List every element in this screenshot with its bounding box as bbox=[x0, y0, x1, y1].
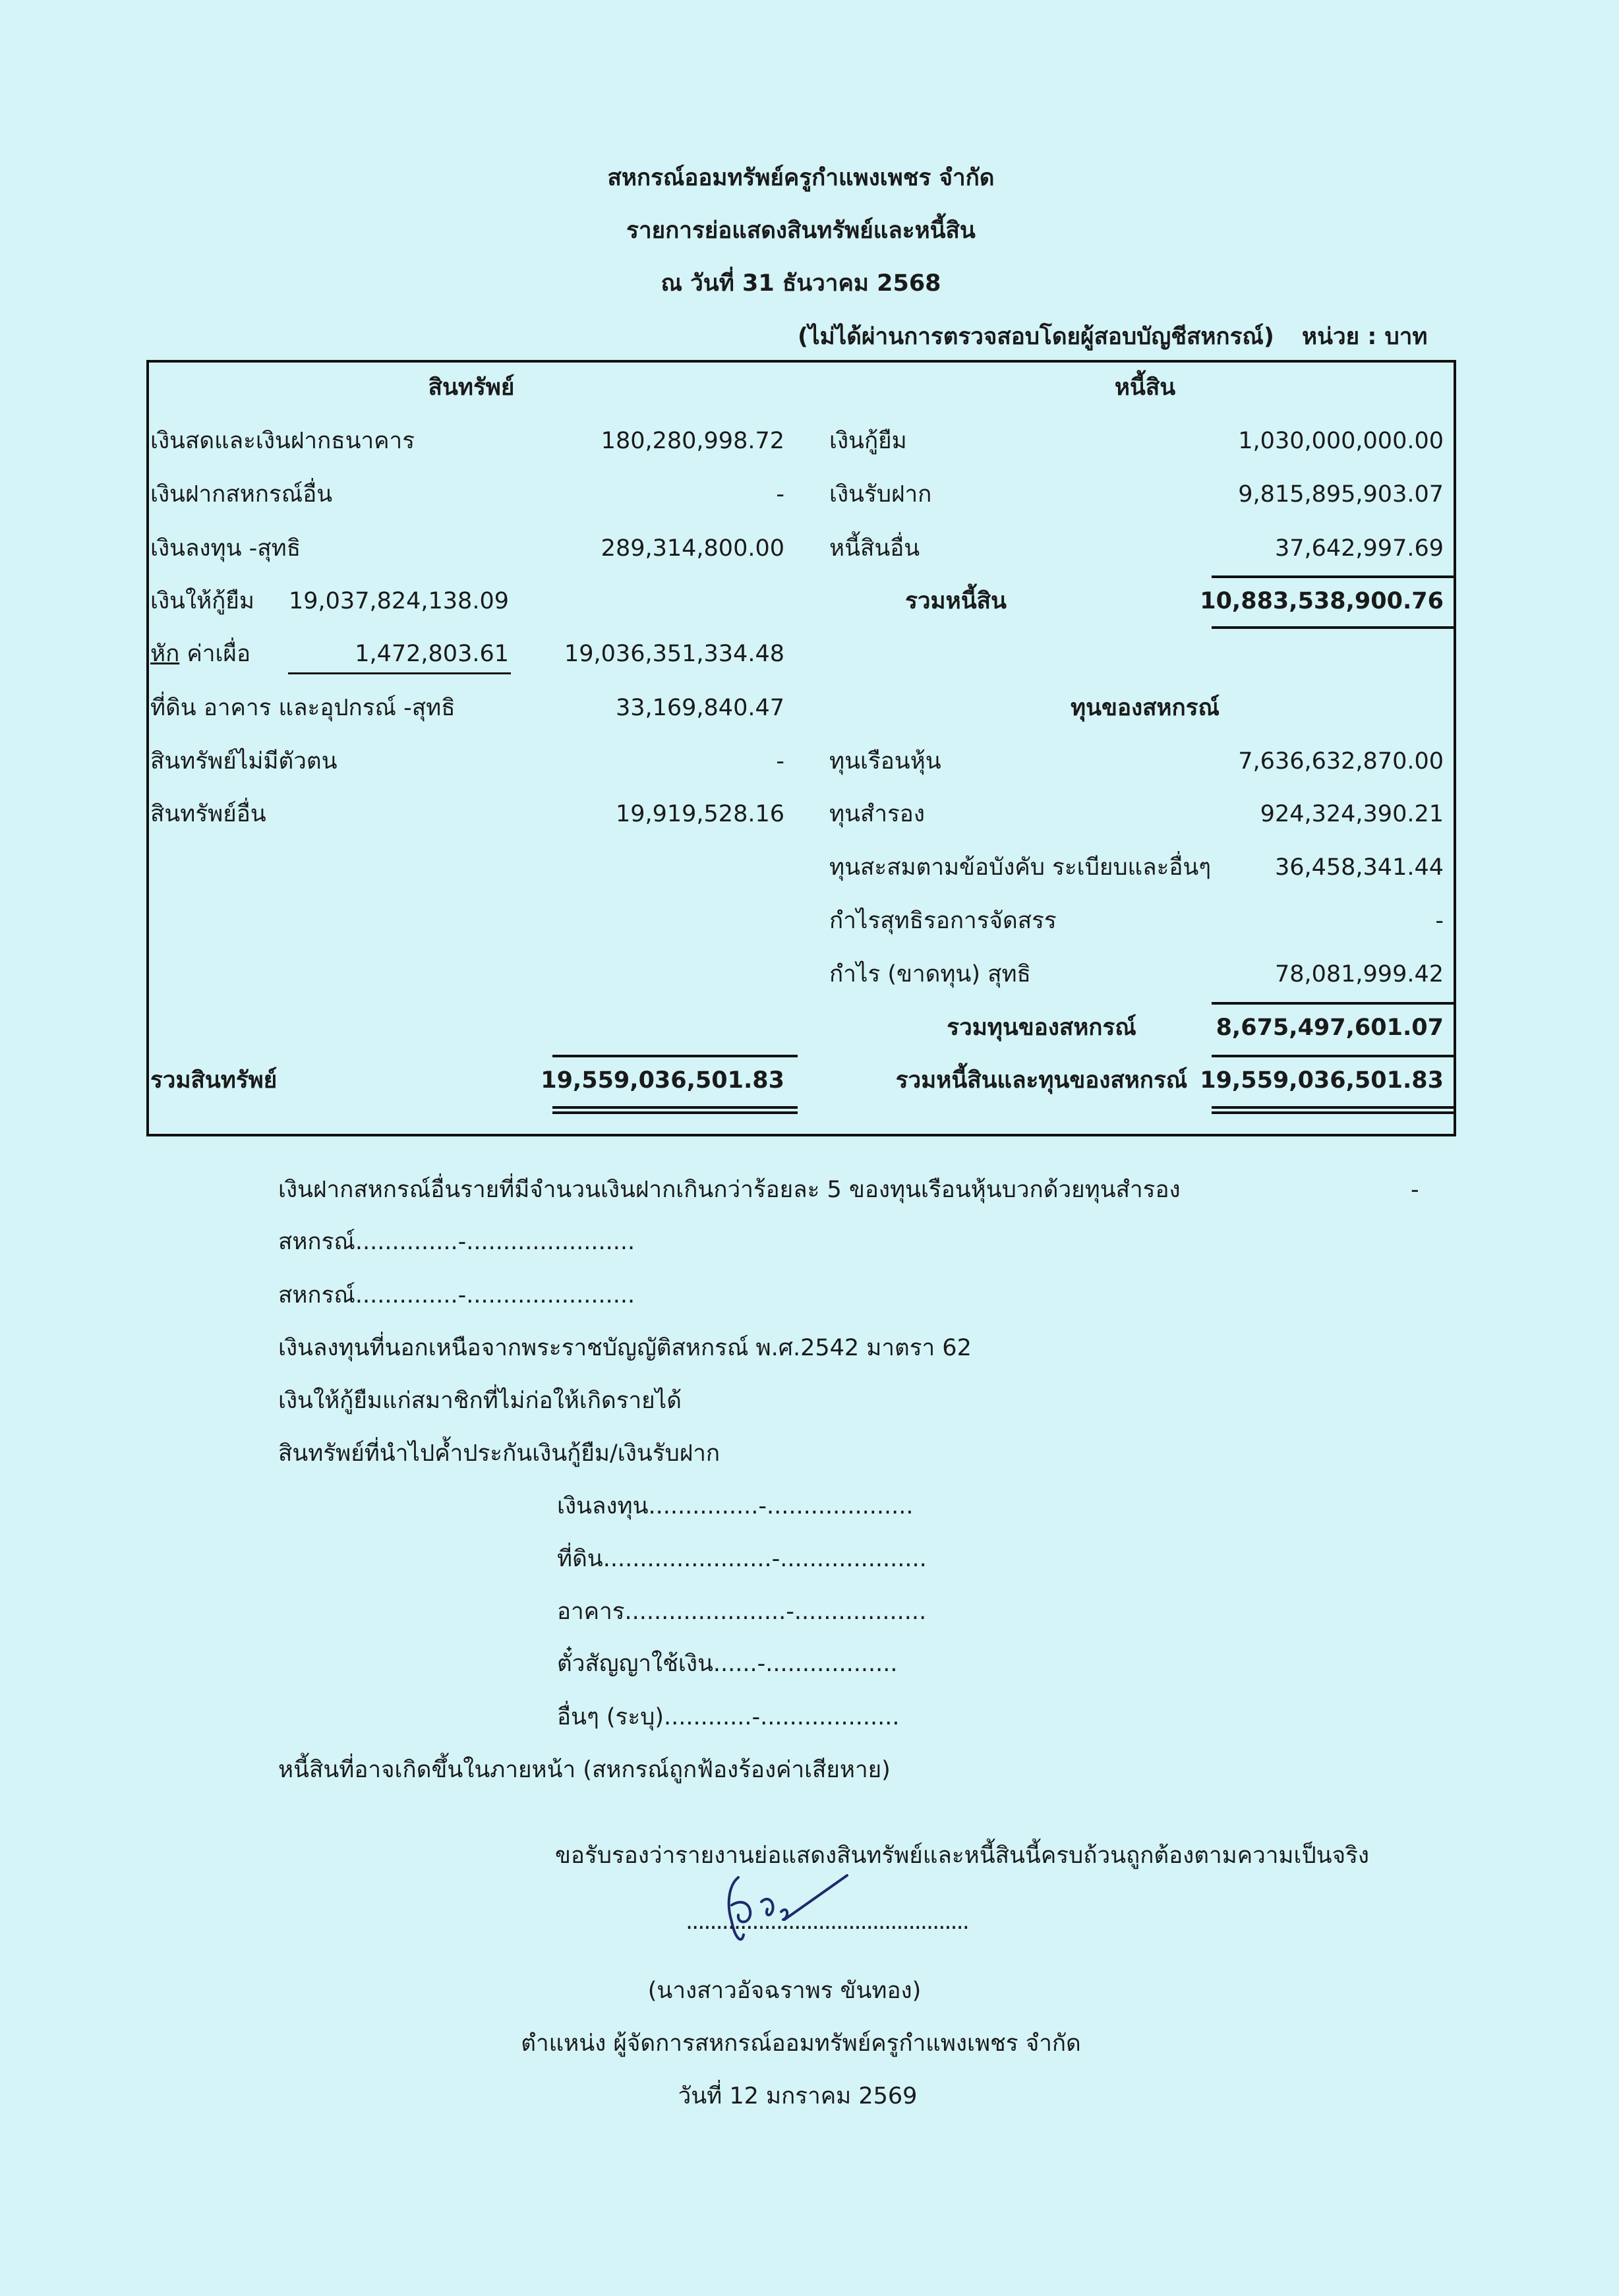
asset-label: เงินฝากสหกรณ์อื่น bbox=[150, 480, 332, 509]
asset-amount: - bbox=[521, 747, 784, 776]
liability-amount: 37,642,997.69 bbox=[1180, 534, 1444, 563]
note-non-income-loans: เงินให้กู้ยืมแก่สมาชิกที่ไม่ก่อให้เกิดรา… bbox=[278, 1386, 682, 1415]
equity-amount: - bbox=[1180, 906, 1444, 935]
total-liabilities-label: รวมหนี้สิน bbox=[905, 587, 1007, 616]
less-prefix: หัก bbox=[150, 641, 179, 667]
loans-gross-amount: 19,037,824,138.09 bbox=[264, 587, 509, 616]
equity-total-rule bbox=[1212, 1055, 1455, 1057]
equity-subtotal-rule bbox=[1212, 1002, 1455, 1005]
allowance-underline bbox=[288, 672, 511, 674]
liab-equity-double-rule-1 bbox=[1212, 1106, 1455, 1109]
equity-label: ทุนสำรอง bbox=[829, 800, 925, 829]
liability-label: หนี้สินอื่น bbox=[829, 534, 920, 563]
equity-amount: 36,458,341.44 bbox=[1180, 853, 1444, 882]
allowance-amount: 1,472,803.61 bbox=[264, 639, 509, 668]
total-assets-label: รวมสินทรัพย์ bbox=[150, 1066, 277, 1095]
total-liabilities-equity-label: รวมหนี้สินและทุนของสหกรณ์ bbox=[896, 1066, 1188, 1095]
pledged-item: เงินลงทุน...............-...............… bbox=[557, 1492, 914, 1521]
liab-equity-double-rule-2 bbox=[1212, 1111, 1455, 1114]
asset-amount: 289,314,800.00 bbox=[521, 534, 784, 563]
signer-position: ตำแหน่ง ผู้จัดการสหกรณ์ออมทรัพย์ครูกำแพง… bbox=[521, 2029, 1081, 2058]
equity-amount: 78,081,999.42 bbox=[1180, 960, 1444, 989]
asset-label-loans: เงินให้กู้ยืม bbox=[150, 587, 254, 616]
assets-double-rule-1 bbox=[552, 1106, 798, 1109]
liability-label: เงินรับฝาก bbox=[829, 480, 931, 509]
equity-amount: 924,324,390.21 bbox=[1180, 800, 1444, 829]
asset-label: สินทรัพย์อื่น bbox=[150, 800, 266, 829]
note-pledged-assets: สินทรัพย์ที่นำไปค้ำประกันเงินกู้ยืม/เงิน… bbox=[278, 1439, 720, 1468]
equity-label: ทุนเรือนหุ้น bbox=[829, 747, 941, 776]
equity-heading: ทุนของสหกรณ์ bbox=[1071, 693, 1220, 722]
total-liabilities-equity-amount: 19,559,036,501.83 bbox=[1180, 1066, 1444, 1095]
total-liabilities-amount: 10,883,538,900.76 bbox=[1180, 587, 1444, 616]
asset-amount: 19,919,528.16 bbox=[521, 800, 784, 829]
assets-heading: สินทรัพย์ bbox=[428, 373, 515, 402]
pledged-item: อื่นๆ (ระบุ)............-...............… bbox=[557, 1703, 900, 1732]
note-coop-line-2: สหกรณ์..............-...................… bbox=[278, 1281, 635, 1310]
asset-label: ที่ดิน อาคาร และอุปกรณ์ -สุทธิ bbox=[150, 693, 456, 722]
note-coop-line-1: สหกรณ์..............-...................… bbox=[278, 1227, 635, 1256]
report-title: รายการย่อแสดงสินทรัพย์และหนี้สิน bbox=[626, 212, 976, 249]
asset-label: สินทรัพย์ไม่มีตัวตน bbox=[150, 747, 338, 776]
liability-label: เงินกู้ยืม bbox=[829, 427, 907, 456]
total-equity-label: รวมทุนของสหกรณ์ bbox=[947, 1013, 1136, 1042]
pledged-item: อาคาร......................-............… bbox=[557, 1597, 926, 1626]
liability-amount: 1,030,000,000.00 bbox=[1180, 427, 1444, 456]
assets-double-rule-2 bbox=[552, 1111, 798, 1114]
report-date: ณ วันที่ 31 ธันวาคม 2568 bbox=[661, 265, 941, 301]
asset-label: เงินลงทุน -สุทธิ bbox=[150, 534, 301, 563]
pledged-item: ที่ดิน.......................-..........… bbox=[557, 1545, 927, 1574]
equity-label: กำไร (ขาดทุน) สุทธิ bbox=[829, 960, 1031, 989]
asset-label: เงินสดและเงินฝากธนาคาร bbox=[150, 427, 415, 456]
allowance-label: หัก ค่าเผื่อ bbox=[150, 639, 250, 668]
certification-statement: ขอรับรองว่ารายงานย่อแสดงสินทรัพย์และหนี้… bbox=[555, 1841, 1369, 1870]
liabilities-total-rule bbox=[1212, 626, 1455, 629]
asset-amount: 180,280,998.72 bbox=[521, 427, 784, 456]
note-investment-outside-act: เงินลงทุนที่นอกเหนือจากพระราชบัญญัติสหกร… bbox=[278, 1334, 972, 1363]
total-assets-amount: 19,559,036,501.83 bbox=[521, 1066, 784, 1095]
org-name: สหกรณ์ออมทรัพย์ครูกำแพงเพชร จำกัด bbox=[607, 160, 994, 196]
signed-date: วันที่ 12 มกราคม 2569 bbox=[678, 2082, 918, 2111]
liabilities-subtotal-rule bbox=[1212, 575, 1455, 578]
note-contingent-liabilities: หนี้สินที่อาจเกิดขึ้นในภายหน้า (สหกรณ์ถู… bbox=[278, 1755, 891, 1784]
unit-label: หน่วย : บาท bbox=[1302, 318, 1427, 355]
equity-label: ทุนสะสมตามข้อบังคับ ระเบียบและอื่นๆ bbox=[829, 853, 1211, 882]
allowance-text: ค่าเผื่อ bbox=[187, 641, 250, 667]
equity-amount: 7,636,632,870.00 bbox=[1180, 747, 1444, 776]
total-equity-amount: 8,675,497,601.07 bbox=[1180, 1013, 1444, 1042]
pledged-item: ตั๋วสัญญาใช้เงิน......-.................… bbox=[557, 1649, 898, 1678]
signer-name: (นางสาวอัจฉราพร ขันทอง) bbox=[648, 1976, 922, 2005]
liability-amount: 9,815,895,903.07 bbox=[1180, 480, 1444, 509]
loans-net-amount: 19,036,351,334.48 bbox=[521, 639, 784, 668]
assets-total-top-rule bbox=[552, 1055, 798, 1057]
equity-label: กำไรสุทธิรอการจัดสรร bbox=[829, 906, 1057, 935]
note-deposit-other-coop: เงินฝากสหกรณ์อื่นรายที่มีจำนวนเงินฝากเกิ… bbox=[278, 1175, 1181, 1204]
liabilities-heading: หนี้สิน bbox=[1115, 373, 1175, 402]
asset-amount: - bbox=[521, 480, 784, 509]
note-deposit-other-coop-value: - bbox=[1411, 1175, 1419, 1204]
audit-note: (ไม่ได้ผ่านการตรวจสอบโดยผู้สอบบัญชีสหกรณ… bbox=[798, 318, 1274, 355]
asset-amount: 33,169,840.47 bbox=[521, 693, 784, 722]
signature-line: ........................................… bbox=[686, 1907, 968, 1936]
